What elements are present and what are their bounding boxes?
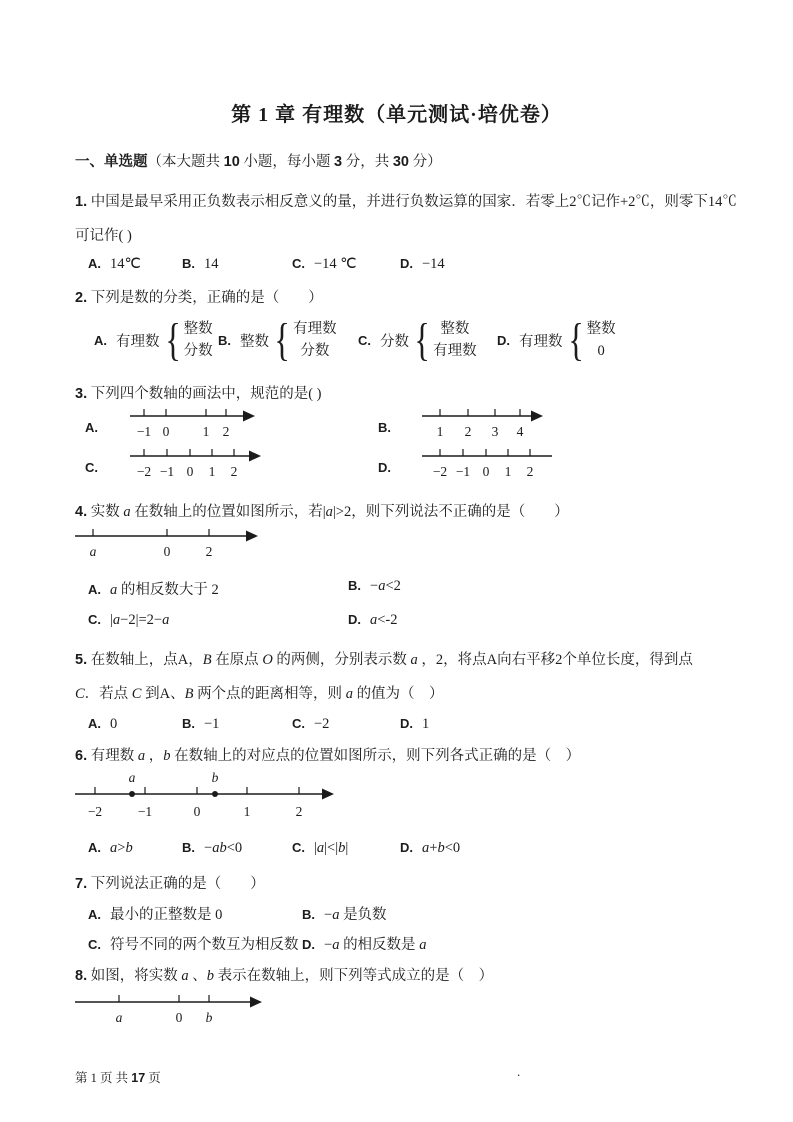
option-letter: D. — [348, 612, 361, 627]
option-letter: B. — [182, 256, 195, 271]
svg-text:−1: −1 — [138, 804, 152, 819]
option-text: 最小的正整数是 0 — [110, 903, 222, 924]
q6-options: A.a>b B.−ab<0 C.|a|<|b| D.a+b<0 — [0, 840, 793, 870]
option-letter: D. — [400, 716, 413, 731]
option-letter: C. — [292, 716, 305, 731]
svg-text:−1: −1 — [456, 464, 470, 479]
diagram-label-a: A. — [85, 420, 98, 435]
q5-option-d: D.1 — [400, 716, 429, 733]
q2-option-b: B. 整数 { 有理数分数 — [218, 308, 337, 372]
classification-items: 整数有理数 — [433, 318, 477, 363]
svg-text:2: 2 — [223, 424, 230, 439]
svg-text:−1: −1 — [137, 424, 151, 439]
q4-option-c: C.|a−2|=2−a — [88, 612, 169, 629]
svg-text:2: 2 — [296, 804, 303, 819]
option-letter: C. — [358, 333, 371, 348]
number-line-option-d: −2−1012 — [420, 446, 554, 482]
option-text: |a|<|b| — [314, 840, 348, 857]
q5-options: A.0 B.−1 C.−2 D.1 — [0, 716, 793, 746]
q1-option-c: C.−14 ℃ — [292, 256, 357, 273]
svg-text:−1: −1 — [160, 464, 174, 479]
q1-stem-line1: 1. 中国是最早采用正负数表示相反意义的量，并进行负数运算的国家．若零上2℃记作… — [75, 190, 735, 211]
brace-glyph: { — [274, 319, 289, 360]
brace-glyph: { — [414, 319, 429, 360]
q4-number-line: a02 — [73, 526, 259, 562]
q8-stem: 8. 如图，将实数 a 、b 表示在数轴上，则下列等式成立的是（ ） — [75, 964, 735, 985]
q5-option-a: A.0 — [88, 716, 117, 733]
svg-text:2: 2 — [527, 464, 534, 479]
q7-options-row2: C.符号不同的两个数互为相反数 D.−a 的相反数是 a — [0, 933, 793, 963]
q4-stem: 4. 实数 a 在数轴上的位置如图所示，若|a|>2，则下列说法不正确的是（ ） — [75, 500, 735, 521]
option-letter: A. — [94, 333, 107, 348]
option-letter: C. — [292, 256, 305, 271]
q1-option-d: D.−14 — [400, 256, 445, 273]
number-line-option-b: 1234 — [420, 406, 544, 442]
q6-option-b: B.−ab<0 — [182, 840, 242, 857]
q4-option-b: B.−a<2 — [348, 578, 401, 595]
classification-items: 有理数分数 — [293, 318, 337, 363]
option-letter: B. — [182, 716, 195, 731]
option-text: 14 — [204, 256, 219, 273]
diagram-label-b: B. — [378, 420, 391, 435]
q1-options: A.14℃ B.14 C.−14 ℃ D.−14 — [0, 256, 793, 286]
q7-options-row1: A.最小的正整数是 0 B.−a 是负数 — [0, 903, 793, 933]
classification-head: 有理数 — [116, 330, 160, 351]
q4-option-d: D.a<-2 — [348, 612, 398, 629]
svg-text:3: 3 — [492, 424, 499, 439]
q1-stem-line2: 可记作( ) — [75, 224, 735, 245]
option-letter: A. — [88, 256, 101, 271]
option-text: −14 — [422, 256, 445, 273]
svg-text:0: 0 — [194, 804, 201, 819]
q4-options-row2: C.|a−2|=2−a D.a<-2 — [0, 612, 793, 642]
q1-option-a: A.14℃ — [88, 256, 141, 273]
svg-text:b: b — [212, 770, 219, 785]
svg-text:b: b — [206, 1010, 213, 1025]
option-letter: D. — [400, 256, 413, 271]
q7-option-d: D.−a 的相反数是 a — [302, 933, 426, 954]
svg-text:1: 1 — [209, 464, 216, 479]
option-letter: C. — [88, 612, 101, 627]
diagram-label-c: C. — [85, 460, 98, 475]
q7-option-c: C.符号不同的两个数互为相反数 — [88, 933, 299, 954]
option-text: −a 的相反数是 a — [324, 933, 426, 954]
option-letter: A. — [88, 582, 101, 597]
number-line-option-a: −1012 — [128, 406, 256, 442]
q2-options: A. 有理数 { 整数分数 B. 整数 { 有理数分数 C. 分数 { 整数有理… — [0, 308, 793, 374]
svg-text:0: 0 — [164, 544, 171, 559]
brace-glyph: { — [165, 319, 180, 360]
option-letter: D. — [497, 333, 510, 348]
q4-options-row1: A.a 的相反数大于 2 B.−a<2 — [0, 578, 793, 608]
q2-option-d: D. 有理数 { 整数0 — [497, 308, 616, 372]
brace-glyph: { — [568, 319, 583, 360]
option-text: −ab<0 — [204, 840, 242, 857]
svg-text:0: 0 — [483, 464, 490, 479]
svg-text:a: a — [129, 770, 136, 785]
svg-text:−2: −2 — [433, 464, 447, 479]
svg-text:2: 2 — [465, 424, 472, 439]
classification-items: 整数0 — [587, 318, 616, 363]
svg-text:−2: −2 — [137, 464, 151, 479]
option-letter: A. — [88, 716, 101, 731]
q2-stem: 2. 下列是数的分类，正确的是（ ） — [75, 286, 735, 307]
option-text: −2 — [314, 716, 329, 733]
page-footer: 第 1 页 共 17 页 — [75, 1068, 161, 1086]
svg-text:1: 1 — [437, 424, 444, 439]
number-line-option-c: −2−1012 — [128, 446, 262, 482]
option-text: a+b<0 — [422, 840, 460, 857]
q3-diagrams-row1: A. −1012 B. 1234 — [0, 406, 793, 446]
option-text: a>b — [110, 840, 133, 857]
option-text: a<-2 — [370, 612, 398, 629]
option-letter: D. — [302, 937, 315, 952]
option-text: 1 — [422, 716, 429, 733]
q6-option-a: A.a>b — [88, 840, 133, 857]
svg-text:1: 1 — [505, 464, 512, 479]
q2-option-c: C. 分数 { 整数有理数 — [358, 308, 477, 372]
svg-text:1: 1 — [244, 804, 251, 819]
svg-text:4: 4 — [517, 424, 524, 439]
svg-text:0: 0 — [176, 1010, 183, 1025]
svg-text:a: a — [90, 544, 97, 559]
page-title: 第 1 章 有理数（单元测试·培优卷） — [0, 98, 793, 127]
option-text: 符号不同的两个数互为相反数 — [110, 933, 299, 954]
q7-stem: 7. 下列说法正确的是（ ） — [75, 872, 735, 893]
q6-stem: 6. 有理数 a ，b 在数轴上的对应点的位置如图所示，则下列各式正确的是（ ） — [75, 744, 735, 765]
option-text: −1 — [204, 716, 219, 733]
q2-option-a: A. 有理数 { 整数分数 — [94, 308, 213, 372]
q7-option-a: A.最小的正整数是 0 — [88, 903, 222, 924]
q6-option-c: C.|a|<|b| — [292, 840, 348, 857]
option-text: 0 — [110, 716, 117, 733]
classification-head: 有理数 — [519, 330, 563, 351]
svg-text:2: 2 — [206, 544, 213, 559]
option-letter: B. — [348, 578, 361, 593]
q7-option-b: B.−a 是负数 — [302, 903, 387, 924]
option-letter: B. — [182, 840, 195, 855]
option-letter: D. — [400, 840, 413, 855]
q1-option-b: B.14 — [182, 256, 219, 273]
classification-head: 整数 — [240, 330, 269, 351]
q6-option-d: D.a+b<0 — [400, 840, 460, 857]
option-letter: A. — [88, 907, 101, 922]
classification-head: 分数 — [380, 330, 409, 351]
q3-diagrams-row2: C. −2−1012 D. −2−1012 — [0, 446, 793, 486]
option-text: −a<2 — [370, 578, 401, 595]
q8-number-line: a0b — [73, 992, 263, 1028]
option-text: −14 ℃ — [314, 256, 357, 273]
q5-stem-line1: 5. 在数轴上，点A，B 在原点 O 的两侧，分别表示数 a ，2，将点A向右平… — [75, 648, 735, 669]
option-text: a 的相反数大于 2 — [110, 578, 219, 599]
q3-stem: 3. 下列四个数轴的画法中，规范的是( ) — [75, 382, 735, 403]
diagram-label-d: D. — [378, 460, 391, 475]
option-text: 14℃ — [110, 256, 141, 273]
document-page: 第 1 章 有理数（单元测试·培优卷） 一、单选题（本大题共 10 小题，每小题… — [0, 0, 793, 1122]
q6-number-line: −2−1012ab — [73, 772, 335, 822]
svg-text:−2: −2 — [88, 804, 102, 819]
option-letter: B. — [218, 333, 231, 348]
svg-text:0: 0 — [187, 464, 194, 479]
section-heading: 一、单选题（本大题共 10 小题，每小题 3 分，共 30 分） — [75, 150, 442, 171]
svg-text:0: 0 — [163, 424, 170, 439]
classification-items: 整数分数 — [184, 318, 213, 363]
option-letter: C. — [88, 937, 101, 952]
q4-option-a: A.a 的相反数大于 2 — [88, 578, 219, 599]
option-letter: C. — [292, 840, 305, 855]
option-letter: A. — [88, 840, 101, 855]
option-text: −a 是负数 — [324, 903, 387, 924]
svg-text:2: 2 — [231, 464, 238, 479]
stray-mark: . — [517, 1064, 520, 1080]
q5-option-c: C.−2 — [292, 716, 329, 733]
option-letter: B. — [302, 907, 315, 922]
svg-text:a: a — [116, 1010, 123, 1025]
svg-text:1: 1 — [203, 424, 210, 439]
q5-option-b: B.−1 — [182, 716, 219, 733]
option-text: |a−2|=2−a — [110, 612, 169, 629]
q5-stem-line2: C．若点 C 到A、B 两个点的距离相等，则 a 的值为（ ） — [75, 682, 735, 703]
